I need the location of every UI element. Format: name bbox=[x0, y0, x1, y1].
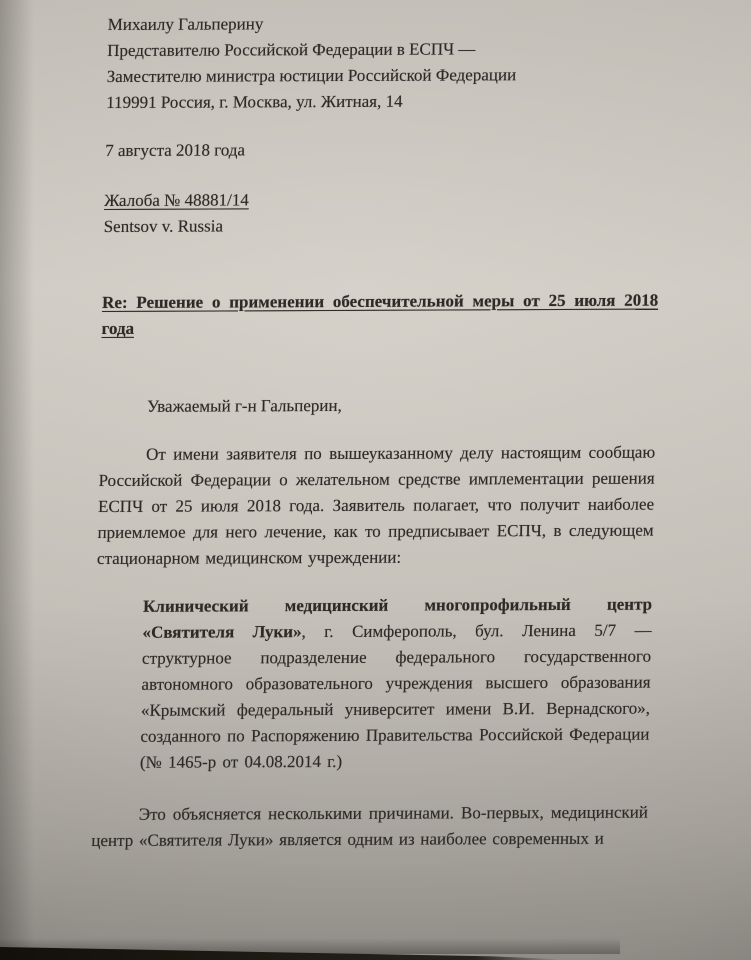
subject-line: Re: Решение о применении обеспечительной… bbox=[101, 288, 658, 342]
body-paragraph-2: Это объясняется несколькими причинами. В… bbox=[91, 800, 648, 854]
document-photo-paper: Михаилу Гальперину Представителю Российс… bbox=[0, 0, 751, 960]
subject-line-2: года bbox=[101, 316, 134, 342]
greeting: Уважаемый г-н Гальперин, bbox=[100, 392, 657, 420]
case-reference-block: Жалоба № 48881/14 Sentsov v. Russia bbox=[103, 186, 660, 240]
letter-content: Михаилу Гальперину Представителю Российс… bbox=[91, 10, 664, 854]
case-name: Sentsov v. Russia bbox=[103, 212, 660, 240]
recipient-name: Михаилу Гальперину bbox=[107, 10, 664, 38]
recipient-title-2: Заместителю министра юстиции Российской … bbox=[106, 62, 663, 90]
case-number: Жалоба № 48881/14 bbox=[104, 186, 661, 214]
recipient-block: Михаилу Гальперину Представителю Российс… bbox=[106, 10, 664, 116]
facility-details: , г. Симферополь, бул. Ленина 5/7 — стру… bbox=[140, 621, 652, 772]
body-paragraph-1: От имени заявителя по вышеуказанному дел… bbox=[97, 440, 656, 572]
subject-line-1: Re: Решение о применении обеспечительной… bbox=[102, 288, 659, 316]
facility-paragraph: Клинический медицинский многопрофильный … bbox=[140, 592, 653, 776]
recipient-address: 119991 Россия, г. Москва, ул. Житная, 14 bbox=[106, 88, 663, 116]
letter-date: 7 августа 2018 года bbox=[105, 136, 662, 164]
table-edge-background bbox=[0, 947, 560, 960]
recipient-title-1: Представителю Российской Федерации в ЕСП… bbox=[107, 36, 664, 64]
